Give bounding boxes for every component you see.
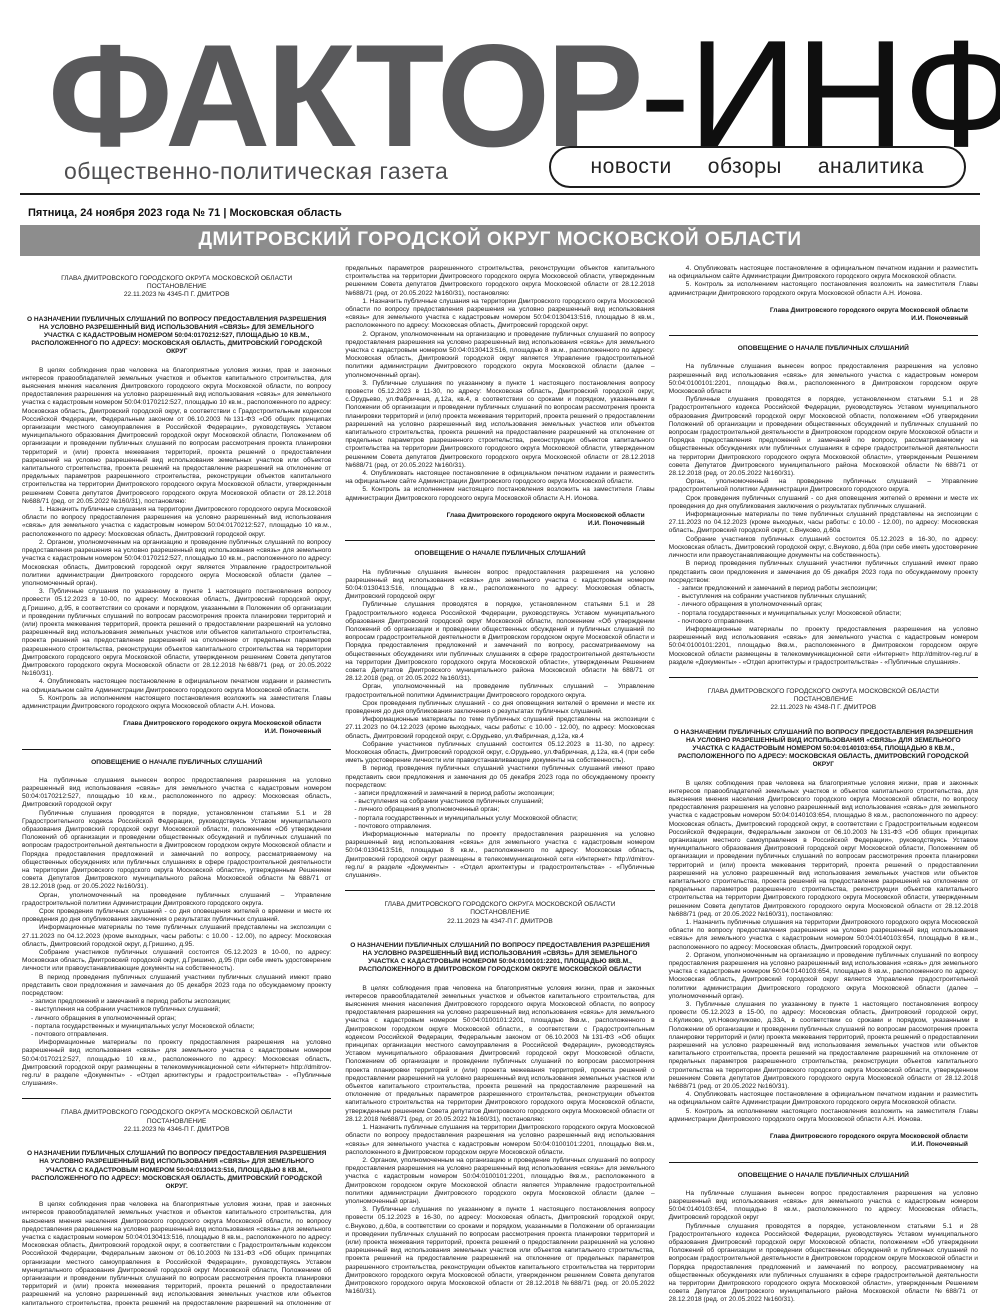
paragraph: На публичные слушания вынесен вопрос пре… — [345, 569, 654, 602]
paragraph: На публичные слушания вынесен вопрос пре… — [669, 363, 978, 396]
notice-heading: ОПОВЕЩЕНИЕ О НАЧАЛЕ ПУБЛИЧНЫХ СЛУШАНИЙ — [345, 550, 654, 558]
paragraph: На публичные слушания вынесен вопрос пре… — [22, 777, 331, 810]
paragraph: Собрание участников публичных слушаний с… — [345, 741, 654, 766]
paragraph: В целях соблюдения прав человека на благ… — [345, 985, 654, 1124]
paragraph: Информационные материалы по проекту пред… — [345, 831, 654, 880]
signature: Глава Дмитровского городского округа Мос… — [22, 720, 321, 736]
signature-line: И.И. Поночевный — [22, 728, 321, 736]
dateline: Пятница, 24 ноября 2023 года № 71 | Моск… — [28, 207, 1000, 219]
paragraph: 4. Опубликовать настоящее постановление … — [669, 265, 978, 281]
decree-org-header-line: 22.11.2023 № 4348-П Г. ДМИТРОВ — [675, 704, 972, 712]
decree-org-header: ГЛАВА ДМИТРОВСКОГО ГОРОДСКОГО ОКРУГА МОС… — [675, 688, 972, 713]
paragraph: 5. Контроль за исполнением настоящего по… — [345, 486, 654, 502]
paragraph: Орган, уполномоченный на проведение публ… — [345, 683, 654, 699]
paragraph: Информационные материалы по теме публичн… — [669, 511, 978, 536]
news-flow: ГЛАВА ДМИТРОВСКОГО ГОРОДСКОГО ОКРУГА МОС… — [22, 265, 978, 1311]
paragraph: В целях соблюдения прав человека на благ… — [669, 780, 978, 919]
paragraph: В период проведения публичных слушаний у… — [22, 974, 331, 999]
signature: Глава Дмитровского городского округа Мос… — [669, 1133, 968, 1149]
notice-heading: ОПОВЕЩЕНИЕ О НАЧАЛЕ ПУБЛИЧНЫХ СЛУШАНИЙ — [22, 759, 331, 767]
paragraph: Орган, уполномоченный на проведение публ… — [669, 478, 978, 494]
notice-heading: ОПОВЕЩЕНИЕ О НАЧАЛЕ ПУБЛИЧНЫХ СЛУШАНИЙ — [669, 1172, 978, 1180]
list-item: - портала государственных и муниципальны… — [669, 610, 978, 618]
decree-title: О НАЗНАЧЕНИИ ПУБЛИЧНЫХ СЛУШАНИЙ ПО ВОПРО… — [671, 729, 976, 770]
paragraph: Информационные материалы по теме публичн… — [345, 716, 654, 741]
paragraph: В целях соблюдения прав человека на благ… — [22, 367, 331, 506]
section-divider — [669, 677, 978, 678]
list-item: - личного обращения в уполномоченный орг… — [22, 1015, 331, 1023]
section-divider — [22, 749, 331, 750]
paragraph: Информационные материалы по теме публичн… — [22, 924, 331, 949]
decree-org-header-line: ПОСТАНОВЛЕНИЕ — [351, 909, 648, 917]
paragraph: 5. Контроль за исполнением настоящего по… — [22, 695, 331, 711]
paragraph: 3. Публичные слушания по указанному в пу… — [345, 1206, 654, 1296]
signature-line: И.И. Поночевный — [669, 315, 968, 323]
decree-org-header-line: ГЛАВА ДМИТРОВСКОГО ГОРОДСКОГО ОКРУГА МОС… — [28, 275, 325, 283]
section-divider — [22, 1098, 331, 1099]
list-item: - портала государственных и муниципальны… — [345, 815, 654, 823]
decree-title: О НАЗНАЧЕНИИ ПУБЛИЧНЫХ СЛУШАНИЙ ПО ВОПРО… — [347, 942, 652, 975]
paragraph: 4. Опубликовать настоящее постановление … — [669, 1091, 978, 1107]
decree-org-header-line: ГЛАВА ДМИТРОВСКОГО ГОРОДСКОГО ОКРУГА МОС… — [28, 1109, 325, 1117]
paragraph: 4. Опубликовать настоящее постановление … — [345, 470, 654, 486]
newspaper-tagline: общественно-политическая газета — [64, 158, 448, 185]
paragraph: 3. Публичные слушания по указанному в пу… — [345, 380, 654, 470]
signature: Глава Дмитровского городского округа Мос… — [669, 307, 968, 323]
decree-org-header-line: 22.11.2023 № 4346-П Г. ДМИТРОВ — [28, 1126, 325, 1134]
paragraph: 2. Органом, уполномоченным на организаци… — [345, 331, 654, 380]
section-divider — [345, 890, 654, 891]
paragraph: 1. Назначить публичные слушания на терри… — [345, 298, 654, 331]
decree-org-header-line: ПОСТАНОВЛЕНИЕ — [28, 283, 325, 291]
paragraph: 1. Назначить публичные слушания на терри… — [22, 506, 331, 539]
header-divider — [20, 193, 980, 195]
decree-org-header: ГЛАВА ДМИТРОВСКОГО ГОРОДСКОГО ОКРУГА МОС… — [28, 275, 325, 300]
paragraph: 1. Назначить публичные слушания на терри… — [669, 919, 978, 952]
list-item: - личного обращения в уполномоченный орг… — [669, 601, 978, 609]
paragraph: На публичные слушания вынесен вопрос пре… — [669, 1190, 978, 1223]
section-divider — [669, 1162, 978, 1163]
decree-title: О НАЗНАЧЕНИИ ПУБЛИЧНЫХ СЛУШАНИЙ ПО ВОПРО… — [24, 1150, 329, 1191]
signature-line: И.И. Поночевный — [345, 520, 644, 528]
paragraph: Информационные материалы по проекту пред… — [22, 1039, 331, 1088]
list-item: - выступления на собрании участников пуб… — [22, 1006, 331, 1014]
paragraph: 5. Контроль за исполнением настоящего по… — [669, 1108, 978, 1124]
decree-org-header-line: 22.11.2023 № 4347-П Г. ДМИТРОВ — [351, 918, 648, 926]
decree-org-header-line: ГЛАВА ДМИТРОВСКОГО ГОРОДСКОГО ОКРУГА МОС… — [351, 901, 648, 909]
decree-title: О НАЗНАЧЕНИИ ПУБЛИЧНЫХ СЛУШАНИЙ ПО ВОПРО… — [24, 316, 329, 357]
paragraph: 2. Органом, уполномоченным на организаци… — [22, 539, 331, 588]
list-item: - личного обращения в уполномоченный орг… — [345, 806, 654, 814]
decree-org-header-line: ПОСТАНОВЛЕНИЕ — [28, 1118, 325, 1126]
paragraph: В период проведения публичных слушаний у… — [669, 560, 978, 585]
topic-reviews: обзоры — [708, 155, 782, 179]
list-item: - почтового отправления. — [669, 618, 978, 626]
paragraph: 1. Назначить публичные слушания на терри… — [345, 1124, 654, 1157]
paragraph: Собрание участников публичных слушаний с… — [669, 536, 978, 561]
notice-heading: ОПОВЕЩЕНИЕ О НАЧАЛЕ ПУБЛИЧНЫХ СЛУШАНИЙ — [669, 345, 978, 353]
paragraph: В период проведения публичных слушаний у… — [345, 765, 654, 790]
paragraph: Срок проведения публичных слушаний - со … — [669, 495, 978, 511]
decree-org-header: ГЛАВА ДМИТРОВСКОГО ГОРОДСКОГО ОКРУГА МОС… — [351, 901, 648, 926]
section-divider — [669, 335, 978, 336]
paragraph: Информационные материалы по проекту пред… — [669, 626, 978, 667]
paragraph: Публичные слушания проводятся в порядке,… — [345, 601, 654, 683]
paragraph: 4. Опубликовать настоящее постановление … — [22, 678, 331, 694]
decree-org-header-line: ГЛАВА ДМИТРОВСКОГО ГОРОДСКОГО ОКРУГА МОС… — [675, 688, 972, 696]
topic-analytics: аналитика — [818, 155, 924, 179]
topic-news: новости — [591, 155, 672, 179]
decree-org-header-line: 22.11.2023 № 4345-П Г. ДМИТРОВ — [28, 291, 325, 299]
signature-line: Глава Дмитровского городского округа Мос… — [669, 307, 968, 315]
paragraph: Собрание участников публичных слушаний с… — [22, 949, 331, 974]
paragraph: Срок проведения публичных слушаний - со … — [345, 700, 654, 716]
paragraph: Срок проведения публичных слушаний - со … — [22, 908, 331, 924]
paragraph: 5. Контроль за исполнением настоящего по… — [669, 281, 978, 297]
list-item: - портала государственных и муниципальны… — [22, 1023, 331, 1031]
paragraph: Публичные слушания проводятся в порядке,… — [669, 1223, 978, 1305]
masthead: ФАКТОР-ИНФО общественно-политическая газ… — [0, 0, 1000, 197]
list-item: - записи предложений и замечаний в перио… — [669, 585, 978, 593]
paragraph: 2. Органом, уполномоченным на организаци… — [345, 1157, 654, 1206]
newspaper-page: { "header": { "logo_main": "ФАКТОР", "lo… — [0, 0, 1000, 1314]
topics-pill: новости обзоры аналитика — [549, 146, 966, 188]
signature: Глава Дмитровского городского округа Мос… — [345, 512, 644, 528]
signature-line: И.И. Поночевный — [669, 1141, 968, 1149]
decree-org-header-line: ПОСТАНОВЛЕНИЕ — [675, 696, 972, 704]
region-banner: ДМИТРОВСКИЙ ГОРОДСКОЙ ОКРУГ МОСКОВСКОЙ О… — [20, 225, 980, 256]
decree-org-header: ГЛАВА ДМИТРОВСКОГО ГОРОДСКОГО ОКРУГА МОС… — [28, 1109, 325, 1134]
list-item: - почтового отправления. — [345, 823, 654, 831]
paragraph: Орган, уполномоченный на проведение публ… — [22, 892, 331, 908]
logo-text-main: ФАКТОР — [48, 14, 640, 177]
paragraph: 3. Публичные слушания по указанному в пу… — [22, 588, 331, 678]
list-item: - записи предложений и замечаний в перио… — [345, 790, 654, 798]
paragraph: Публичные слушания проводятся в порядке,… — [669, 396, 978, 478]
paragraph: 2. Органом, уполномоченным на организаци… — [669, 952, 978, 1001]
signature-line: Глава Дмитровского городского округа Мос… — [345, 512, 644, 520]
paragraph: Публичные слушания проводятся в порядке,… — [22, 810, 331, 892]
section-divider — [345, 540, 654, 541]
list-item: - почтового отправления. — [22, 1031, 331, 1039]
paragraph: 3. Публичные слушания по указанному в пу… — [669, 1001, 978, 1091]
